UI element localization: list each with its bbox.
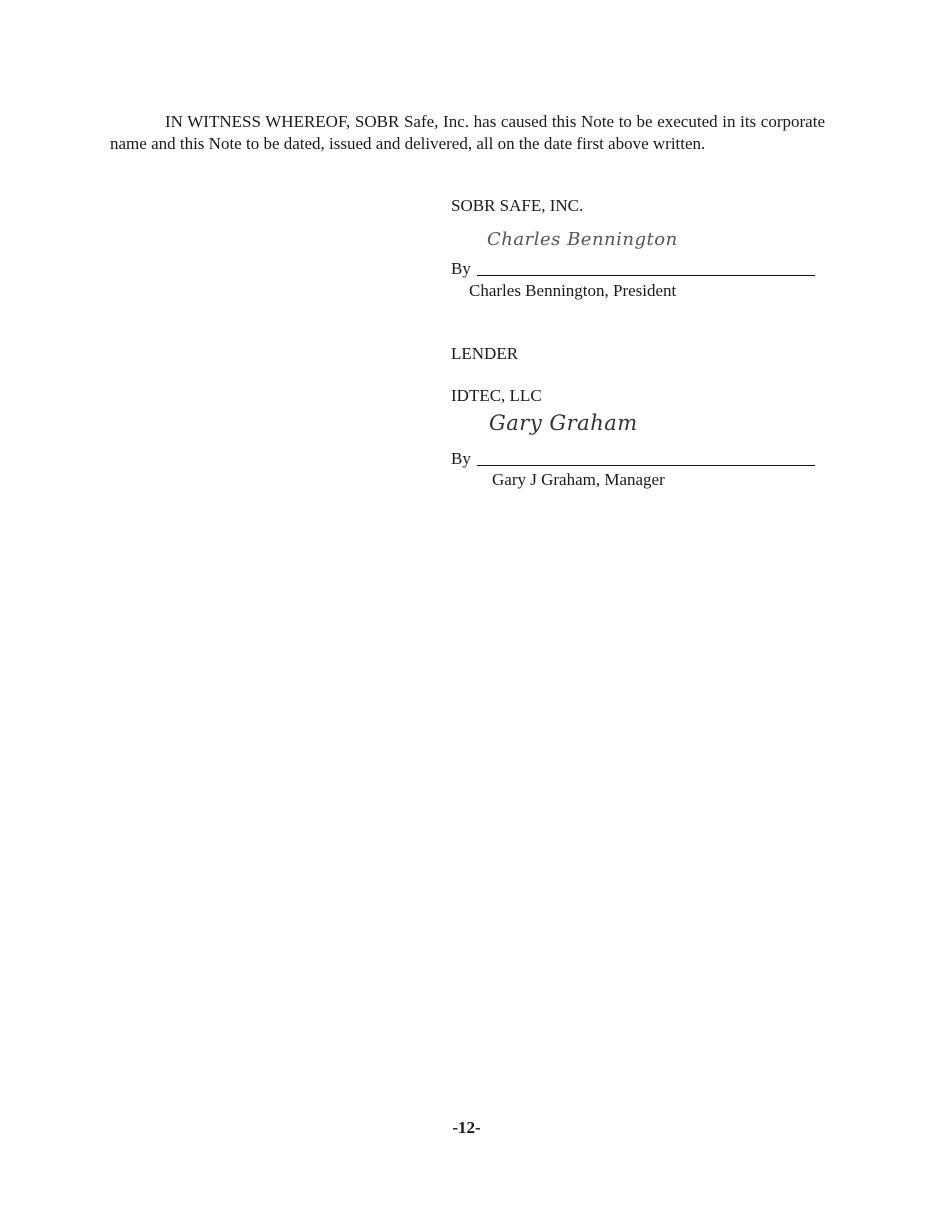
signer-name-title: Gary J Graham, Manager <box>492 470 665 490</box>
page-number: -12- <box>0 1118 933 1138</box>
signer-name-title: Charles Bennington, President <box>469 281 676 301</box>
witness-paragraph: IN WITNESS WHEREOF, SOBR Safe, Inc. has … <box>110 111 825 154</box>
by-label: By <box>451 259 471 279</box>
handwritten-signature: Charles Bennington <box>487 229 678 250</box>
handwritten-signature: Gary Graham <box>489 411 638 435</box>
company-name: IDTEC, LLC <box>451 386 542 406</box>
company-name: SOBR SAFE, INC. <box>451 196 583 216</box>
lender-label: LENDER <box>451 344 518 364</box>
signature-line <box>477 465 815 466</box>
by-label: By <box>451 449 471 469</box>
signature-line <box>477 275 815 276</box>
